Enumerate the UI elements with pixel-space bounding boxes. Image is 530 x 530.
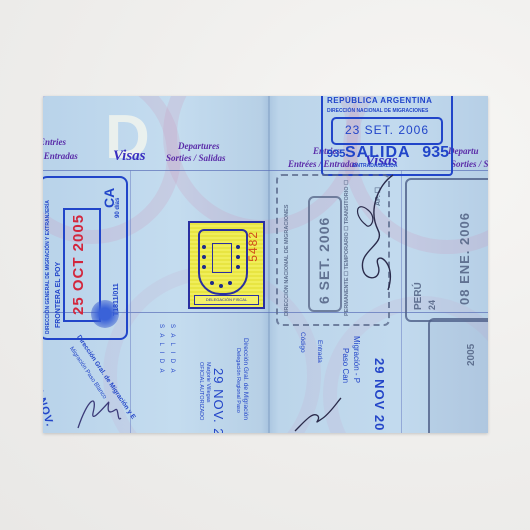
- stamp-entry-label: Entrada: [316, 340, 323, 363]
- stamp-officer: Marjorie Villegas: [205, 362, 211, 403]
- stamp-country: PERÚ: [413, 282, 424, 310]
- signature-icon: [73, 388, 123, 433]
- salida-label: S A L I D A: [158, 324, 164, 374]
- date-box: 23 SET. 2006: [331, 117, 443, 145]
- signature-icon: [293, 396, 343, 433]
- stamp-authority: DIRECCIÓN NACIONAL DE MIGRACIONES: [327, 108, 428, 114]
- header-entradas: / Entradas: [43, 151, 78, 161]
- stamp-authority: DIRECCIÓN NACIONAL DE MIGRACIONES: [284, 205, 290, 316]
- corner-stamp: 2005: [428, 318, 488, 433]
- border-entry-stamp: DIRECCIÓN GENERAL DE MIGRACIÓN Y EXTRANJ…: [43, 176, 128, 340]
- stamp-date: 25 NOV.: [43, 379, 56, 429]
- header-entries: Entries: [43, 137, 66, 147]
- stamp-authority: Dirección Gral. de Migración: [242, 338, 249, 420]
- stamp-authority: DIRECCIÓN GENERAL DE MIGRACIÓN Y EXTRANJ…: [45, 200, 51, 334]
- stamp-office: Delegación Regional Paso: [235, 348, 241, 413]
- salida-label: S A L I D A: [169, 324, 175, 374]
- stamp-caption: DELEGACIÓN FISCAL: [194, 295, 259, 305]
- stamp-date: 08 ENE. 2006: [457, 212, 472, 305]
- header-sorties-salidas: Sorties / Salidas: [166, 153, 226, 163]
- postcard: D Entries / Entradas Visas Departures So…: [43, 96, 488, 433]
- stamp-date: 25 OCT 2005: [70, 214, 87, 315]
- stamp-officer-title: OFICIAL AUTORIZADO: [198, 362, 204, 420]
- stamp-date: 29 NOV 20: [372, 358, 387, 431]
- stamp-date: 29 NOV. 2005: [211, 368, 226, 433]
- seal-icon: [91, 300, 119, 328]
- coat-of-arms-icon: [198, 229, 248, 295]
- stamp-date: 2005: [466, 344, 477, 366]
- stamp-serial: 5482: [246, 231, 260, 262]
- stamp-office: Paso Can: [341, 348, 350, 383]
- header-visas: Visas: [113, 148, 146, 165]
- stamp-office: FRONTERA EL POY: [55, 262, 62, 328]
- header-sorties-salidas: Sorties / Sa: [451, 159, 488, 169]
- stamp-authority: Migración - P: [352, 336, 361, 383]
- page-fold: [268, 96, 270, 433]
- date-box: 6 SET. 2006: [308, 196, 342, 312]
- stamp-date: 23 SET. 2006: [333, 123, 441, 137]
- stamp-days: 90 días: [115, 198, 121, 218]
- stamp-country: REPÚBLICA ARGENTINA: [327, 96, 432, 105]
- signature-icon: [348, 170, 403, 300]
- header-departures: Departures: [178, 141, 220, 151]
- stamp-footer: ENTRADA/SALIDA: [353, 163, 397, 169]
- peru-entry-stamp: PERÚ 24 08 ENE. 2006: [405, 178, 488, 322]
- stamp-type: SALIDA: [345, 144, 411, 162]
- stamp-stay: 24: [427, 300, 437, 310]
- ruled-column: [130, 170, 131, 433]
- argentina-exit-stamp: REPÚBLICA ARGENTINA DIRECCIÓN NACIONAL D…: [321, 96, 453, 176]
- stamp-number: 935: [422, 144, 449, 162]
- stamp-date: 6 SET. 2006: [316, 217, 332, 304]
- stamp-number: 935: [327, 148, 345, 160]
- fiscal-revenue-stamp: 5482 DELEGACIÓN FISCAL: [188, 221, 265, 309]
- stamp-code-label: Código: [299, 332, 306, 353]
